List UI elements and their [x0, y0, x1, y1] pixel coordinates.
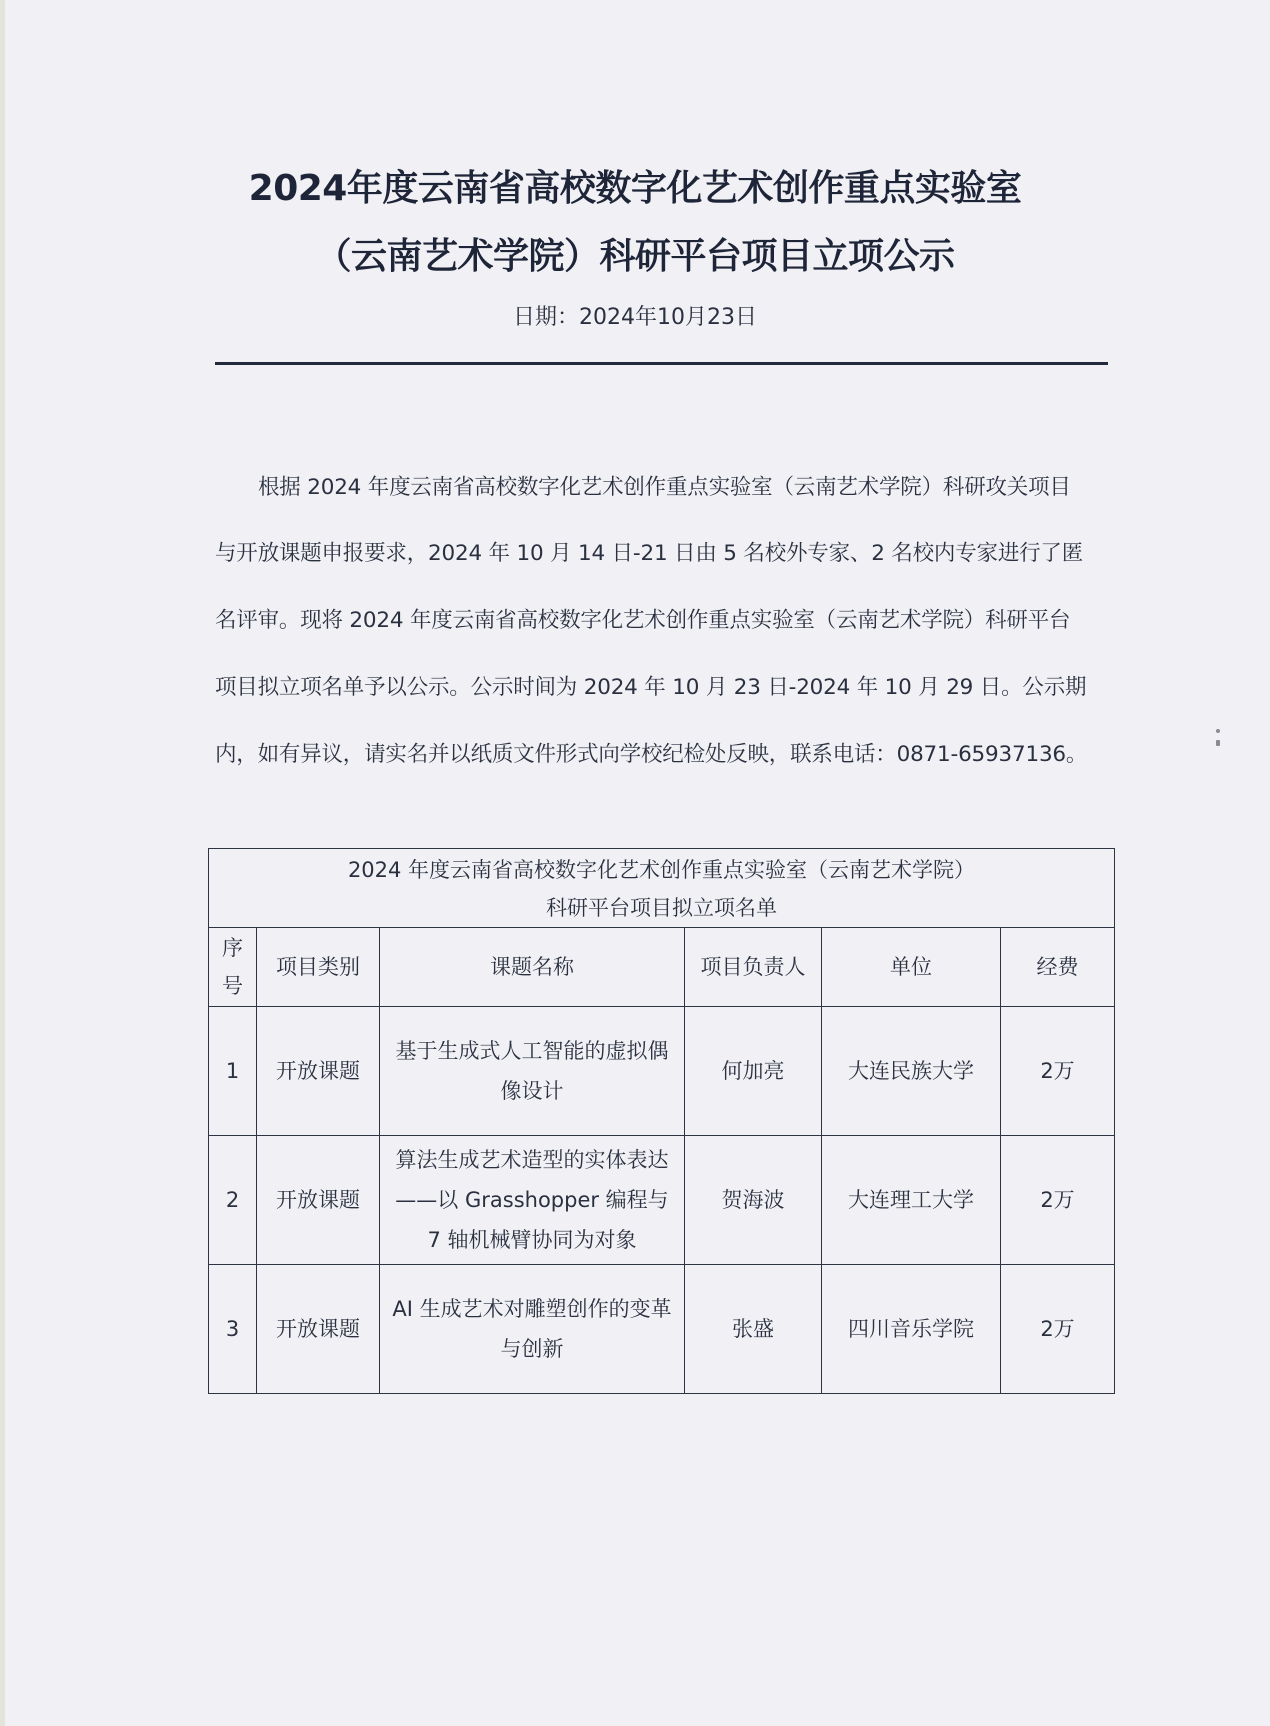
header-funding: 经费: [1001, 928, 1115, 1007]
body-paragraph-line: 内，如有异议，请实名并以纸质文件形式向学校纪检处反映，联系电话：0871-659…: [215, 737, 1115, 768]
header-leader: 项目负责人: [685, 928, 822, 1007]
scan-speck: [1216, 729, 1220, 733]
cell-leader: 贺海波: [685, 1136, 822, 1265]
cell-seq: 2: [209, 1136, 257, 1265]
body-paragraph-line: 项目拟立项名单予以公示。公示时间为 2024 年 10 月 23 日-2024 …: [215, 670, 1115, 701]
table-caption: 2024 年度云南省高校数字化艺术创作重点实验室（云南艺术学院） 科研平台项目拟…: [209, 849, 1115, 928]
header-seq-char2: 号: [209, 967, 256, 1005]
table-row: 3 开放课题 AI 生成艺术对雕塑创作的变革与创新 张盛 四川音乐学院 2万: [209, 1265, 1115, 1394]
header-seq: 序 号: [209, 928, 257, 1007]
document-title-line2: （云南艺术学院）科研平台项目立项公示: [0, 228, 1270, 279]
cell-category: 开放课题: [257, 1136, 380, 1265]
cell-topic: 基于生成式人工智能的虚拟偶像设计: [380, 1007, 685, 1136]
table-row: 2 开放课题 算法生成艺术造型的实体表达——以 Grasshopper 编程与 …: [209, 1136, 1115, 1265]
cell-category: 开放课题: [257, 1007, 380, 1136]
cell-category: 开放课题: [257, 1265, 380, 1394]
cell-funding: 2万: [1001, 1265, 1115, 1394]
document-date: 日期：2024年10月23日: [0, 300, 1270, 331]
header-category: 项目类别: [257, 928, 380, 1007]
cell-funding: 2万: [1001, 1007, 1115, 1136]
document-title-line1: 2024年度云南省高校数字化艺术创作重点实验室: [0, 160, 1270, 211]
header-divider: [215, 362, 1108, 365]
cell-unit: 大连民族大学: [822, 1007, 1001, 1136]
table-caption-line2: 科研平台项目拟立项名单: [215, 889, 1108, 927]
cell-leader: 张盛: [685, 1265, 822, 1394]
cell-funding: 2万: [1001, 1136, 1115, 1265]
body-paragraph-line: 与开放课题申报要求，2024 年 10 月 14 日-21 日由 5 名校外专家…: [215, 536, 1115, 567]
scan-speck: [1216, 740, 1220, 746]
body-paragraph-line: 根据 2024 年度云南省高校数字化艺术创作重点实验室（云南艺术学院）科研攻关项…: [258, 470, 1158, 501]
table-caption-line1: 2024 年度云南省高校数字化艺术创作重点实验室（云南艺术学院）: [215, 851, 1108, 889]
cell-unit: 大连理工大学: [822, 1136, 1001, 1265]
header-unit: 单位: [822, 928, 1001, 1007]
cell-unit: 四川音乐学院: [822, 1265, 1001, 1394]
header-seq-char1: 序: [209, 929, 256, 967]
cell-topic: AI 生成艺术对雕塑创作的变革与创新: [380, 1265, 685, 1394]
cell-topic: 算法生成艺术造型的实体表达——以 Grasshopper 编程与 7 轴机械臂协…: [380, 1136, 685, 1265]
table-caption-row: 2024 年度云南省高校数字化艺术创作重点实验室（云南艺术学院） 科研平台项目拟…: [209, 849, 1115, 928]
cell-seq: 1: [209, 1007, 257, 1136]
cell-leader: 何加亮: [685, 1007, 822, 1136]
header-topic: 课题名称: [380, 928, 685, 1007]
body-paragraph-line: 名评审。现将 2024 年度云南省高校数字化艺术创作重点实验室（云南艺术学院）科…: [215, 603, 1115, 634]
project-list-table: 2024 年度云南省高校数字化艺术创作重点实验室（云南艺术学院） 科研平台项目拟…: [208, 848, 1115, 1394]
table-row: 1 开放课题 基于生成式人工智能的虚拟偶像设计 何加亮 大连民族大学 2万: [209, 1007, 1115, 1136]
cell-seq: 3: [209, 1265, 257, 1394]
table-header-row: 序 号 项目类别 课题名称 项目负责人 单位 经费: [209, 928, 1115, 1007]
